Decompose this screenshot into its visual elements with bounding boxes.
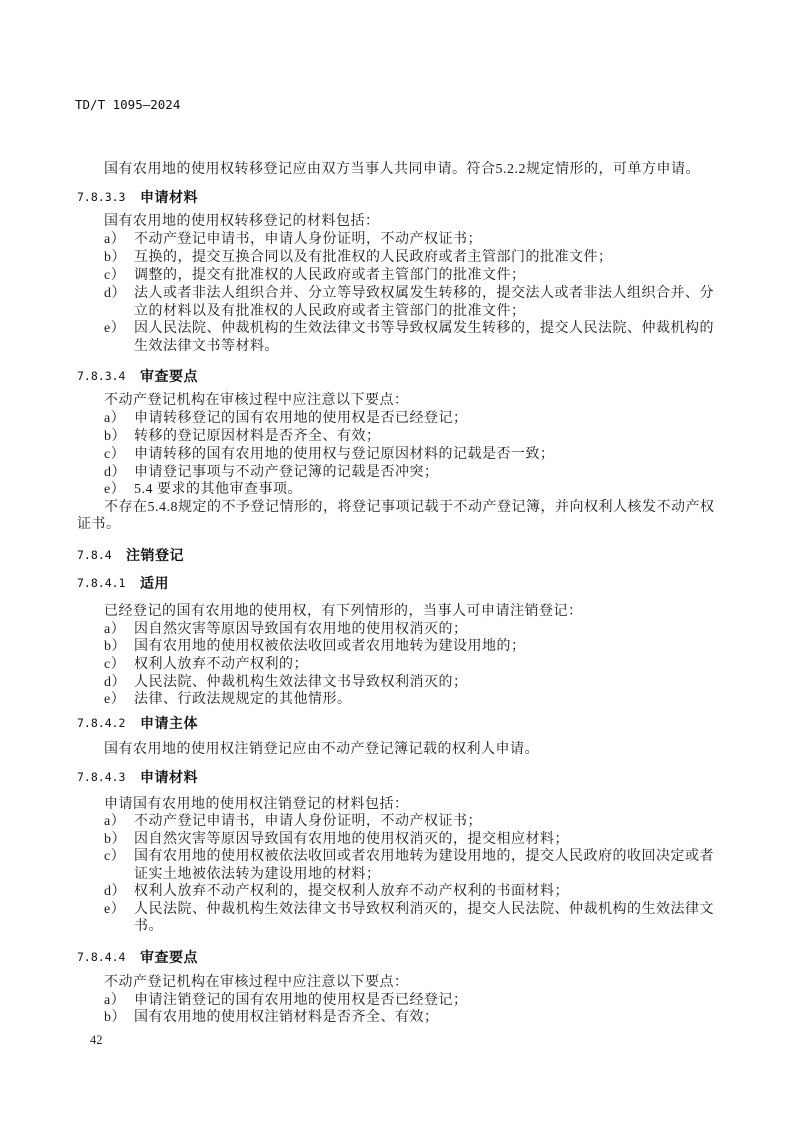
section-number: 7.8.4.2 bbox=[77, 714, 125, 732]
list-item-text: 权利人放弃不动产权利的； bbox=[134, 656, 308, 674]
list-marker: d） bbox=[104, 674, 126, 692]
list-item-text: 国有农用地的使用权被依法收回或者农用地转为建设用地的，提交人民政府的收回决定或者 bbox=[134, 848, 714, 866]
list-item-text: 人民法院、仲裁机构生效法律文书导致权利消灭的，提交人民法院、仲裁机构的生效法律文 bbox=[134, 901, 714, 919]
document-code-header: TD/T 1095—2024 bbox=[75, 96, 180, 114]
list-marker: c） bbox=[104, 656, 125, 674]
list-item-text-continued: 生效法律文书等材料。 bbox=[134, 338, 279, 356]
section-title: 适用 bbox=[140, 574, 169, 592]
list-item-text: 法人或者非法人组织合并、分立等导致权属发生转移的，提交法人或者非法人组织合并、分 bbox=[134, 285, 714, 303]
section-title: 申请主体 bbox=[140, 714, 198, 732]
list-marker: d） bbox=[104, 883, 126, 901]
section-title: 申请材料 bbox=[140, 188, 198, 206]
list-marker: c） bbox=[104, 446, 125, 464]
list-item-text: 调整的，提交有批准权的人民政府或者主管部门的批准文件； bbox=[134, 267, 526, 285]
section-title: 审查要点 bbox=[140, 367, 198, 385]
section-number: 7.8.4.1 bbox=[77, 574, 125, 592]
list-item-text: 5.4 要求的其他审查事项。 bbox=[134, 481, 302, 499]
list-item-text: 申请登记事项与不动产登记簿的记载是否冲突； bbox=[134, 464, 439, 482]
list-marker: a） bbox=[104, 621, 125, 639]
list-marker: c） bbox=[104, 848, 125, 866]
list-marker: a） bbox=[104, 813, 125, 831]
list-marker: a） bbox=[104, 992, 125, 1010]
list-marker: a） bbox=[104, 231, 125, 249]
list-marker: b） bbox=[104, 428, 126, 446]
list-item-text: 申请转移的国有农用地的使用权与登记原因材料的记载是否一致； bbox=[134, 446, 555, 464]
document-page: TD/T 1095—2024 国有农用地的使用权转移登记应由双方当事人共同申请。… bbox=[0, 0, 793, 1122]
list-item-text-continued: 证实土地被依法转为建设用地的材料； bbox=[134, 866, 381, 884]
section-intro: 申请国有农用地的使用权注销登记的材料包括： bbox=[104, 796, 409, 814]
list-item-text: 权利人放弃不动产权利的，提交权利人放弃不动产权利的书面材料； bbox=[134, 883, 569, 901]
list-item-text: 因自然灾害等原因导致国有农用地的使用权消灭的，提交相应材料； bbox=[134, 831, 569, 849]
section-intro: 已经登记的国有农用地的使用权，有下列情形的，当事人可申请注销登记： bbox=[104, 603, 583, 621]
section-number: 7.8.4 bbox=[77, 546, 112, 564]
section-title: 申请材料 bbox=[140, 768, 198, 786]
list-marker: b） bbox=[104, 1009, 126, 1027]
list-marker: a） bbox=[104, 410, 125, 428]
list-item-text: 因人民法院、仲裁机构的生效法律文书等导致权属发生转移的，提交人民法院、仲裁机构的 bbox=[134, 320, 714, 338]
list-marker: b） bbox=[104, 249, 126, 267]
closing-paragraph-continued: 证书。 bbox=[77, 516, 121, 534]
list-item-text: 转移的登记原因材料是否齐全、有效； bbox=[134, 428, 381, 446]
list-item-text: 不动产登记申请书，申请人身份证明，不动产权证书； bbox=[134, 813, 482, 831]
list-item-text: 人民法院、仲裁机构生效法律文书导致权利消灭的； bbox=[134, 674, 468, 692]
list-marker: e） bbox=[104, 901, 125, 919]
list-item-text: 法律、行政法规规定的其他情形。 bbox=[134, 691, 352, 709]
list-marker: b） bbox=[104, 638, 126, 656]
list-item-text: 互换的，提交互换合同以及有批准权的人民政府或者主管部门的批准文件； bbox=[134, 249, 613, 267]
section-number: 7.8.4.3 bbox=[77, 768, 125, 786]
list-marker: e） bbox=[104, 320, 125, 338]
section-intro: 国有农用地的使用权转移登记的材料包括： bbox=[104, 213, 380, 231]
page-number: 42 bbox=[90, 1031, 103, 1049]
list-item-text-continued: 立的材料以及有批准权的人民政府或者主管部门的批准文件； bbox=[134, 303, 526, 321]
list-item-text: 国有农用地的使用权注销材料是否齐全、有效； bbox=[134, 1009, 439, 1027]
list-marker: e） bbox=[104, 481, 125, 499]
section-title: 审查要点 bbox=[140, 948, 198, 966]
list-marker: b） bbox=[104, 831, 126, 849]
list-marker: e） bbox=[104, 691, 125, 709]
list-item-text: 国有农用地的使用权被依法收回或者农用地转为建设用地的； bbox=[134, 638, 526, 656]
section-title: 注销登记 bbox=[126, 546, 184, 564]
list-item-text: 申请转移登记的国有农用地的使用权是否已经登记； bbox=[134, 410, 468, 428]
intro-paragraph: 国有农用地的使用权转移登记应由双方当事人共同申请。符合5.2.2规定情形的，可单… bbox=[104, 161, 700, 179]
list-item-text: 不动产登记申请书，申请人身份证明，不动产权证书； bbox=[134, 231, 482, 249]
list-marker: d） bbox=[104, 285, 126, 303]
list-item-text-continued: 书。 bbox=[134, 918, 163, 936]
section-number: 7.8.3.3 bbox=[77, 188, 125, 206]
section-number: 7.8.3.4 bbox=[77, 367, 125, 385]
section-body: 国有农用地的使用权注销登记应由不动产登记簿记载的权利人申请。 bbox=[104, 741, 539, 759]
closing-paragraph: 不存在5.4.8规定的不予登记情形的，将登记事项记载于不动产登记簿，并向权利人核… bbox=[104, 499, 715, 517]
list-item-text: 因自然灾害等原因导致国有农用地的使用权消灭的； bbox=[134, 621, 468, 639]
section-intro: 不动产登记机构在审核过程中应注意以下要点： bbox=[104, 974, 409, 992]
section-intro: 不动产登记机构在审核过程中应注意以下要点： bbox=[104, 392, 409, 410]
list-marker: d） bbox=[104, 464, 126, 482]
section-number: 7.8.4.4 bbox=[77, 948, 125, 966]
list-marker: c） bbox=[104, 267, 125, 285]
list-item-text: 申请注销登记的国有农用地的使用权是否已经登记； bbox=[134, 992, 468, 1010]
